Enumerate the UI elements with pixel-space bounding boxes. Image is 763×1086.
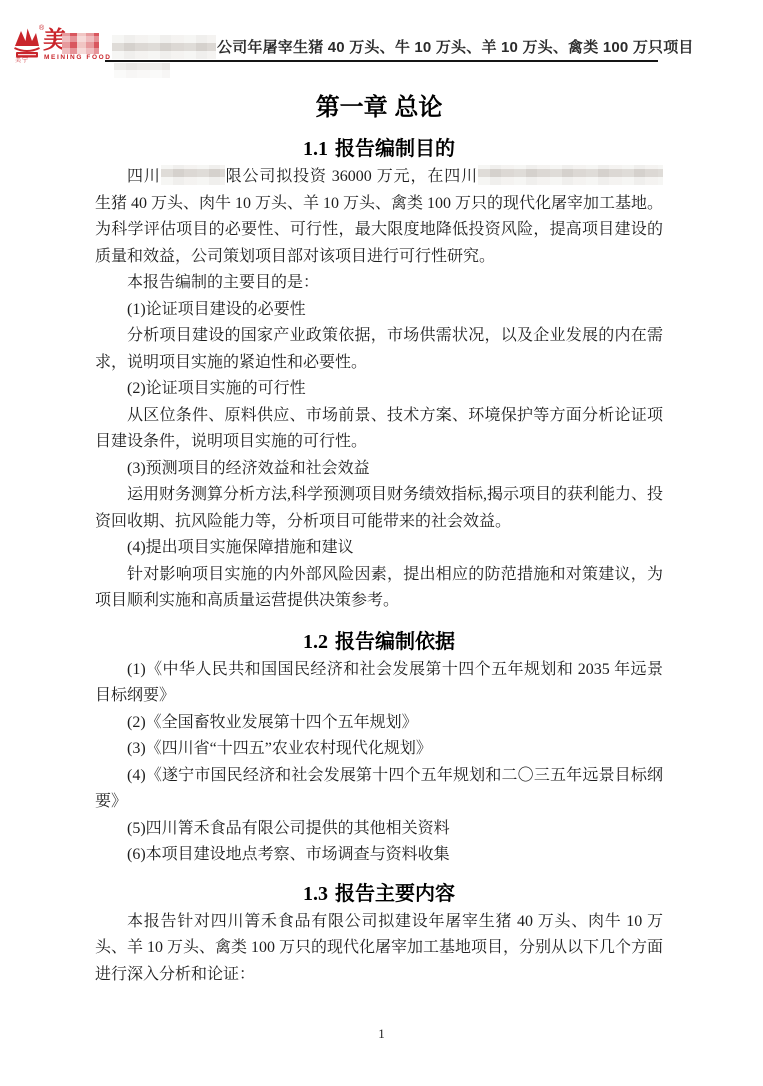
purpose-item-3: (3)预测项目的经济效益和社会效益 [95,456,663,483]
intro-paragraph: 四川限公司拟投资 36000 万元，在四川生猪 40 万头、肉牛 10 万头、羊… [95,164,663,270]
header-below-rule-redaction [114,63,170,78]
paragraph: 本报告编制的主要目的是： [95,270,663,297]
purpose-item-4: (4)提出项目实施保障措施和建议 [95,535,663,562]
brand-mountain-logo-icon [13,27,41,59]
paragraph: 从区位条件、原料供应、市场前景、技术方案、环境保护等方面分析论证项目建设条件，说… [95,403,663,456]
report-page: ® 美宁 美 MEINING FOOD 公司年屠宰生猪 40 万头、牛 10 万… [0,0,763,1086]
section-label: 报告编制目的 [335,138,455,160]
intro-part-3: 生猪 40 万头、肉牛 10 万头、羊 10 万头、禽类 100 万只的现代化屠… [95,195,663,265]
paragraph: 针对影响项目实施的内外部风险因素，提出相应的防范措施和对策建议，为项目顺利实施和… [95,562,663,615]
intro-part-2: 限公司拟投资 36000 万元，在四川 [225,168,478,185]
section-heading-1-3: 1.3报告主要内容 [95,879,663,909]
purpose-item-2: (2)论证项目实施的可行性 [95,376,663,403]
document-body: 第一章 总论 1.1报告编制目的 四川限公司拟投资 36000 万元，在四川生猪… [95,90,663,988]
section-label: 报告编制依据 [335,631,455,653]
section-heading-1-1: 1.1报告编制目的 [95,134,663,164]
header-project-title: 公司年屠宰生猪 40 万头、牛 10 万头、羊 10 万头、禽类 100 万只项… [217,38,694,58]
section-label: 报告主要内容 [335,883,455,905]
paragraph: 本报告针对四川箐禾食品有限公司拟建设年屠宰生猪 40 万头、肉牛 10 万头、羊… [95,909,663,989]
brand-name-en: MEINING FOOD [44,54,112,62]
intro-part-1: 四川 [127,168,161,185]
reference-item-2: (2)《全国畜牧业发展第十四个五年规划》 [95,710,663,737]
section-number: 1.3 [303,883,328,905]
reference-item-4: (4)《遂宁市国民经济和社会发展第十四个五年规划和二〇三五年远景目标纲要》 [95,763,663,816]
paragraph: 运用财务测算分析方法,科学预测项目财务绩效指标,揭示项目的获利能力、投资回收期、… [95,482,663,535]
reference-item-3: (3)《四川省“十四五”农业农村现代化规划》 [95,736,663,763]
inline-redaction-location [478,165,663,185]
brand-emblem-caption: 美宁 [15,58,29,64]
section-number: 1.2 [303,631,328,653]
chapter-title: 第一章 总论 [95,90,663,126]
section-number: 1.1 [303,138,328,160]
brand-name-redaction [62,33,99,54]
inline-redaction-company [161,165,225,185]
paragraph: 分析项目建设的国家产业政策依据，市场供需状况，以及企业发展的内在需求，说明项目实… [95,323,663,376]
reference-item-5: (5)四川箐禾食品有限公司提供的其他相关资料 [95,816,663,843]
reference-item-1: (1)《中华人民共和国国民经济和社会发展第十四个五年规划和 2035 年远景目标… [95,657,663,710]
section-heading-1-2: 1.2报告编制依据 [95,627,663,657]
page-number: 1 [0,1026,763,1042]
purpose-item-1: (1)论证项目建设的必要性 [95,297,663,324]
header-company-redaction [112,35,216,59]
reference-item-6: (6)本项目建设地点考察、市场调查与资料收集 [95,842,663,869]
header-divider-rule [105,60,658,62]
